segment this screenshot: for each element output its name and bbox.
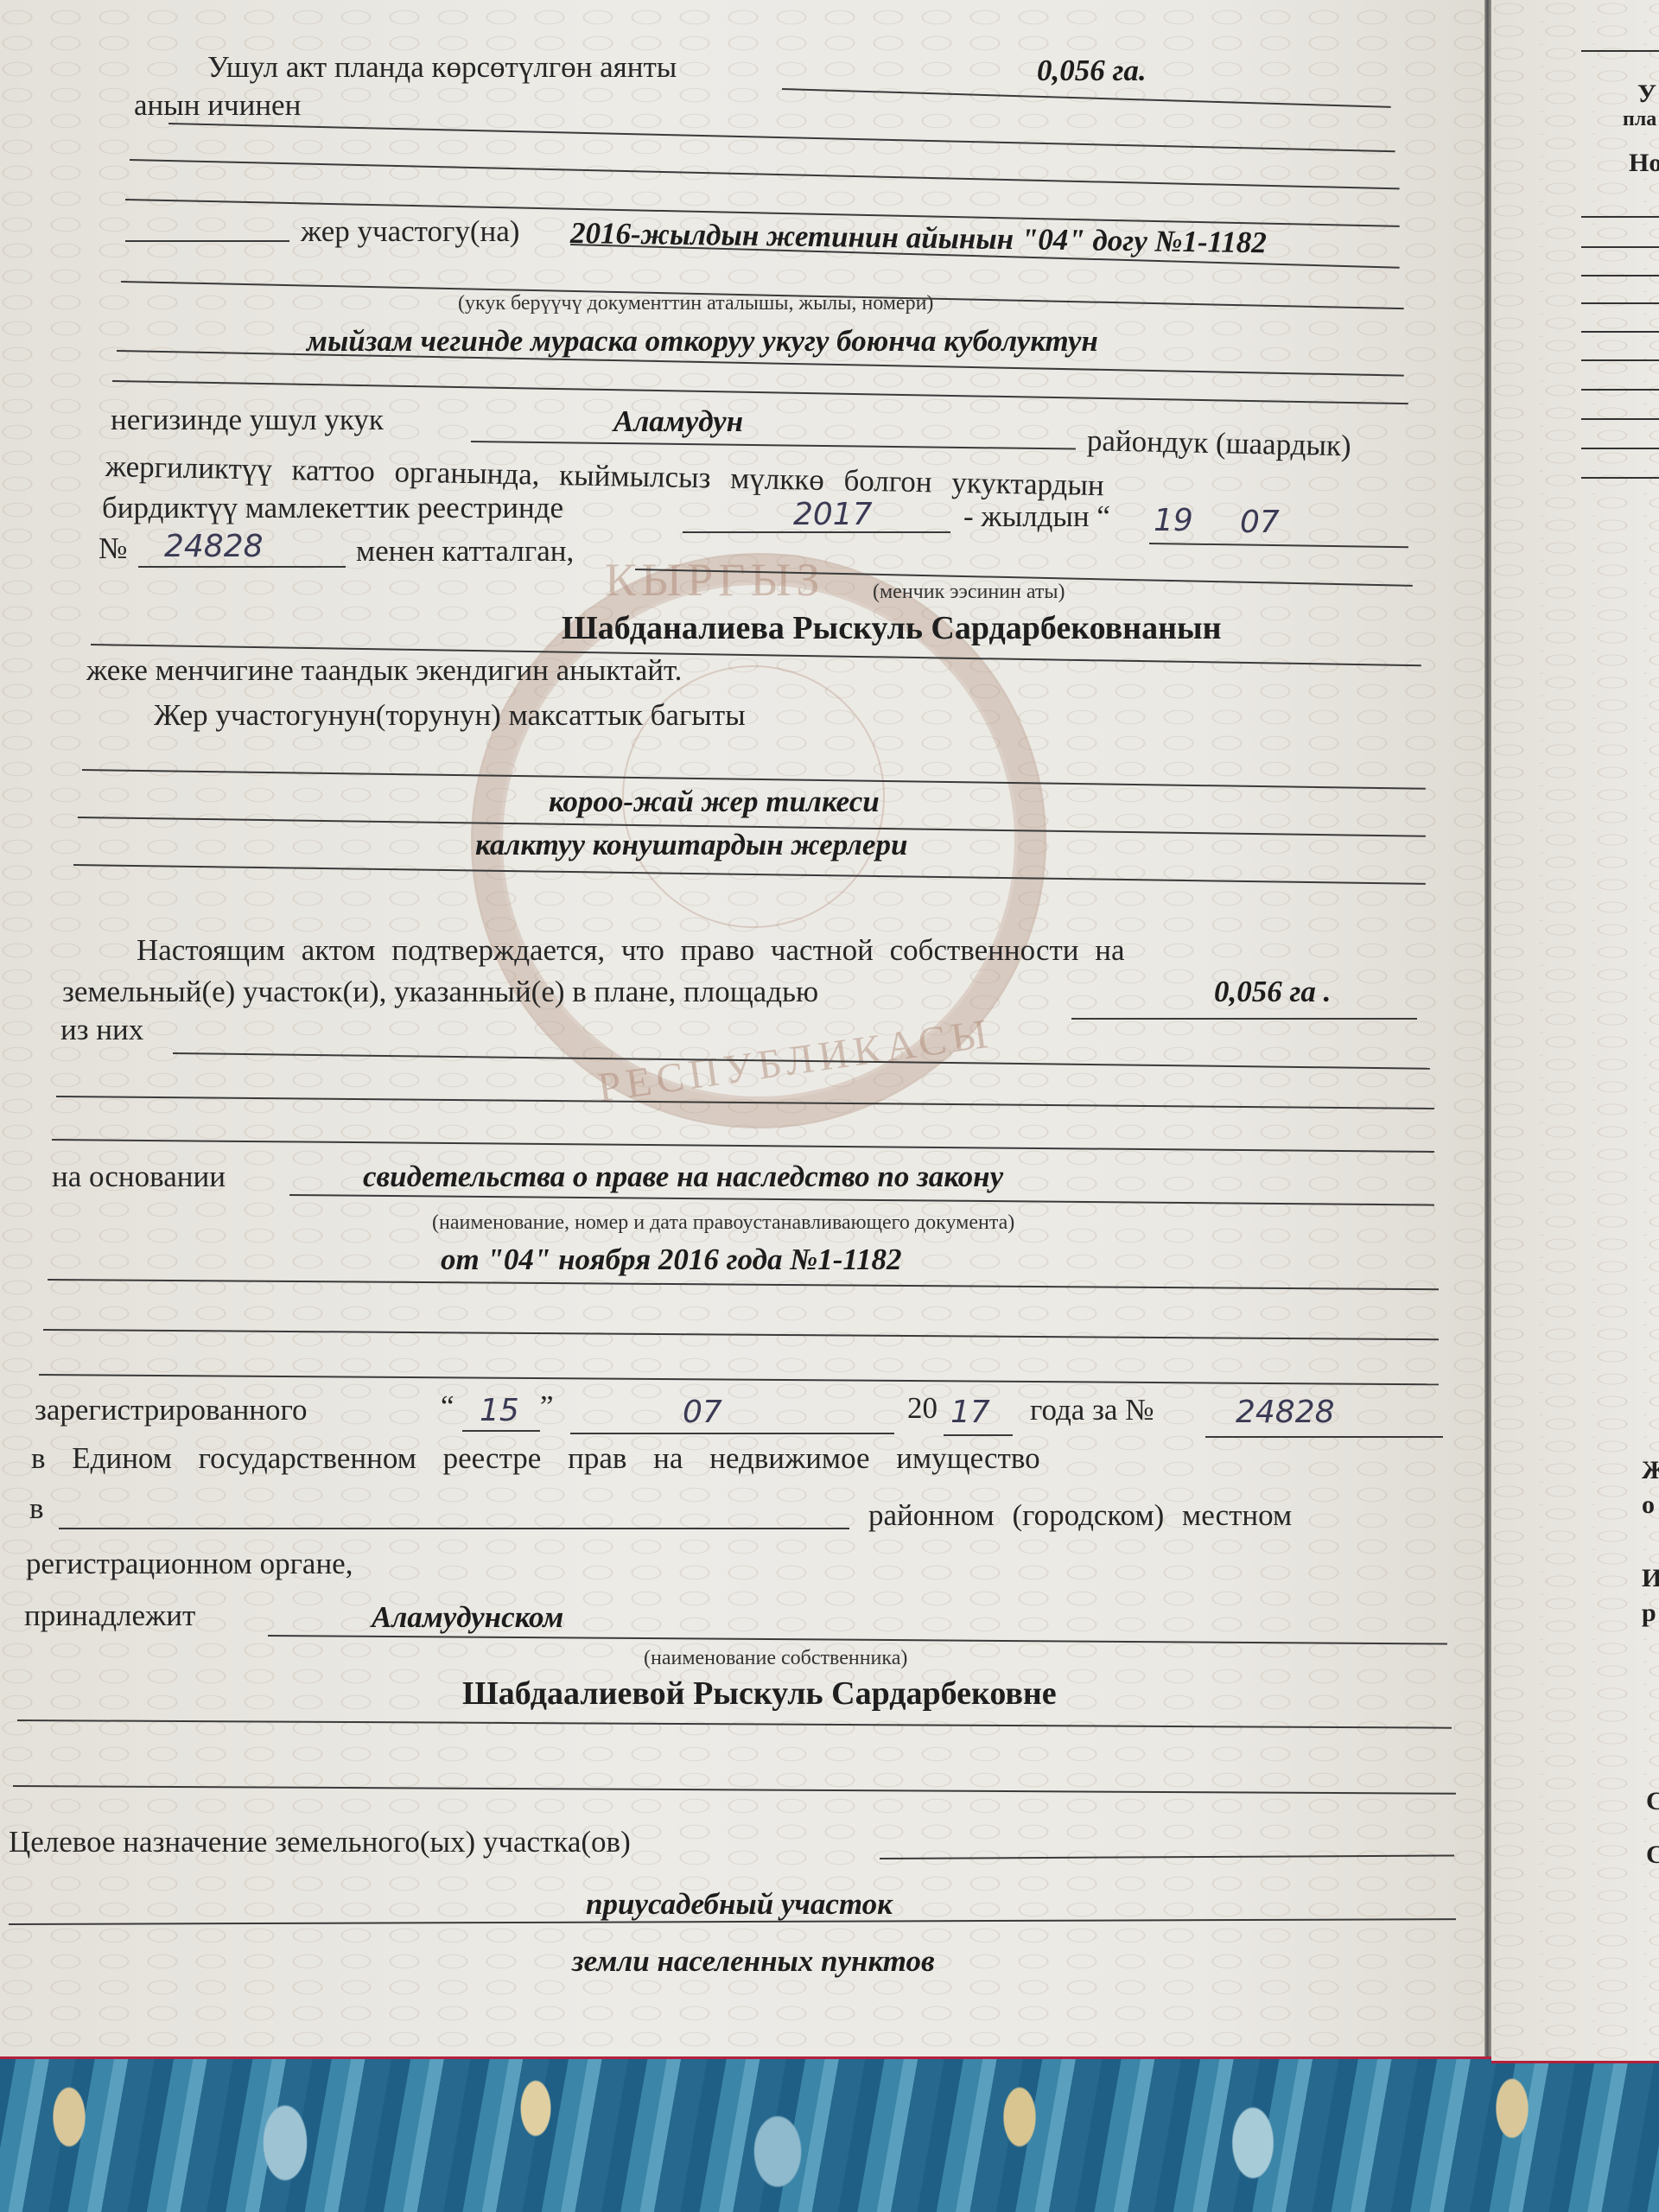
rule	[1205, 1436, 1443, 1438]
rule	[683, 531, 950, 533]
district-suffix-ky: райондук (шаардык)	[1087, 423, 1352, 463]
area-label-ky: Ушул акт планда көрсөтүлгөн аянты	[207, 50, 677, 85]
purpose-2-ru: земли населенных пунктов	[572, 1944, 935, 1979]
district-ky: Аламудун	[613, 404, 743, 439]
plot-label-ky: жер участогу(на)	[301, 214, 519, 249]
handwritten-reg-number: 24828	[1236, 1395, 1335, 1430]
open-quote: “	[441, 1389, 454, 1424]
district-ru: Аламудунском	[372, 1600, 563, 1635]
facing-fragment: С	[1646, 1840, 1659, 1870]
rule	[944, 1434, 1013, 1436]
rule	[1581, 331, 1659, 333]
purpose-label-ky: Жер участогунун(торунун) максаттык багыт…	[154, 698, 746, 733]
basis-date-ru: от "04" ноября 2016 года №1-1182	[441, 1243, 901, 1277]
facing-fragment: пла	[1623, 108, 1656, 131]
confirm-line1-ru: Настоящим актом подтверждается, что прав…	[137, 933, 1125, 968]
basis-text-ky: мыйзам чегинде мураска откоруу укугу бою…	[307, 324, 1098, 359]
handwritten-day: 19	[1154, 503, 1193, 538]
owner-caption-ky: (менчик ээсинин аты)	[873, 581, 1065, 604]
basis-prefix-ky: негизинде ушул укук	[111, 403, 384, 437]
handwritten-reg-day: 15	[480, 1393, 519, 1428]
owner-name-ru: Шабдаалиевой Рыскуль Сардарбековне	[462, 1675, 1057, 1713]
owner-name-ky: Шабданалиева Рыскуль Сардарбековнанын	[562, 609, 1222, 647]
facing-fragment: Но	[1629, 149, 1659, 178]
number-prefix-ky: №	[99, 531, 127, 566]
registered-label-ru: зарегистрированного	[35, 1393, 308, 1427]
basis-label-ru: на основании	[52, 1160, 226, 1194]
purpose-1-ky: короо-жай жер тилкеси	[549, 785, 880, 819]
rule	[1581, 275, 1659, 276]
rule	[1581, 246, 1659, 248]
registry-in-ru: в	[29, 1491, 44, 1526]
rule	[570, 1433, 894, 1434]
close-quote: ”	[540, 1389, 554, 1424]
facing-page	[1491, 0, 1659, 2063]
handwritten-number: 24828	[164, 529, 264, 564]
facing-fragment: И	[1642, 1564, 1659, 1593]
purpose-label-ru: Целевое назначение земельного(ых) участк…	[9, 1825, 631, 1859]
registry-body-ru: районном (городском) местном	[868, 1498, 1292, 1533]
ownership-text-ky: жеке менчигине таандык экендигин аныктай…	[86, 653, 682, 688]
rule	[1581, 448, 1659, 449]
rule	[1581, 359, 1659, 361]
rule	[1581, 389, 1659, 391]
owner-caption-ru: (наименование собственника)	[644, 1647, 907, 1670]
year-suffix-ky: - жылдын “	[963, 499, 1110, 534]
reg-year-prefix: 20	[907, 1391, 938, 1426]
rule	[1581, 216, 1659, 218]
rule	[1071, 1018, 1417, 1020]
handwritten-month: 07	[1240, 505, 1280, 540]
rule	[1581, 50, 1659, 52]
purpose-2-ky: калктуу конуштардын жерлери	[475, 828, 907, 862]
registry-body2-ru: регистрационном органе,	[26, 1547, 353, 1581]
facing-fragment: Ж	[1642, 1456, 1659, 1485]
facing-fragment: р	[1642, 1599, 1656, 1628]
confirm-line2-ru: земельный(е) участок(и), указанный(е) в …	[62, 975, 818, 1009]
rule	[1581, 418, 1659, 420]
facing-fragment: У	[1637, 79, 1656, 109]
facing-fragment: о	[1642, 1491, 1655, 1520]
rule	[59, 1528, 849, 1529]
basis-value-ru: свидетельства о праве на наследство по з…	[363, 1160, 1003, 1194]
handwritten-reg-year: 17	[950, 1395, 990, 1430]
registry-line2-ky: бирдиктүү мамлекеттик реестринде	[102, 491, 563, 525]
rule	[1581, 302, 1659, 304]
page-fold	[1484, 0, 1491, 2056]
registry-line-ru: в Едином государственном реестре прав на…	[31, 1441, 1040, 1476]
handwritten-reg-month: 07	[683, 1395, 722, 1430]
facing-fragment: С	[1646, 1787, 1659, 1816]
of-which-label-ky: анын ичинен	[134, 88, 301, 123]
belongs-label-ru: принадлежит	[24, 1599, 195, 1633]
rule	[1581, 477, 1659, 479]
rule	[462, 1430, 540, 1432]
area-value-ky: 0,056 га.	[1037, 54, 1147, 88]
doc-caption-ky: (укук берүүчү документтин аталышы, жылы,…	[458, 292, 933, 315]
area-value-ru: 0,056 га .	[1214, 975, 1331, 1009]
registered-label-ky: менен катталган,	[356, 534, 574, 569]
rule	[125, 240, 289, 242]
of-which-label-ru: из них	[60, 1013, 143, 1047]
purpose-1-ru: приусадебный участок	[586, 1887, 893, 1922]
reg-number-label: года за №	[1030, 1393, 1154, 1427]
emblem-top-text: КЫРГЫЗ	[605, 553, 825, 607]
handwritten-year: 2017	[793, 497, 873, 532]
basis-caption-ru: (наименование, номер и дата правоустанав…	[432, 1211, 1014, 1235]
fabric-background	[0, 2039, 1659, 2212]
rule	[138, 566, 346, 568]
